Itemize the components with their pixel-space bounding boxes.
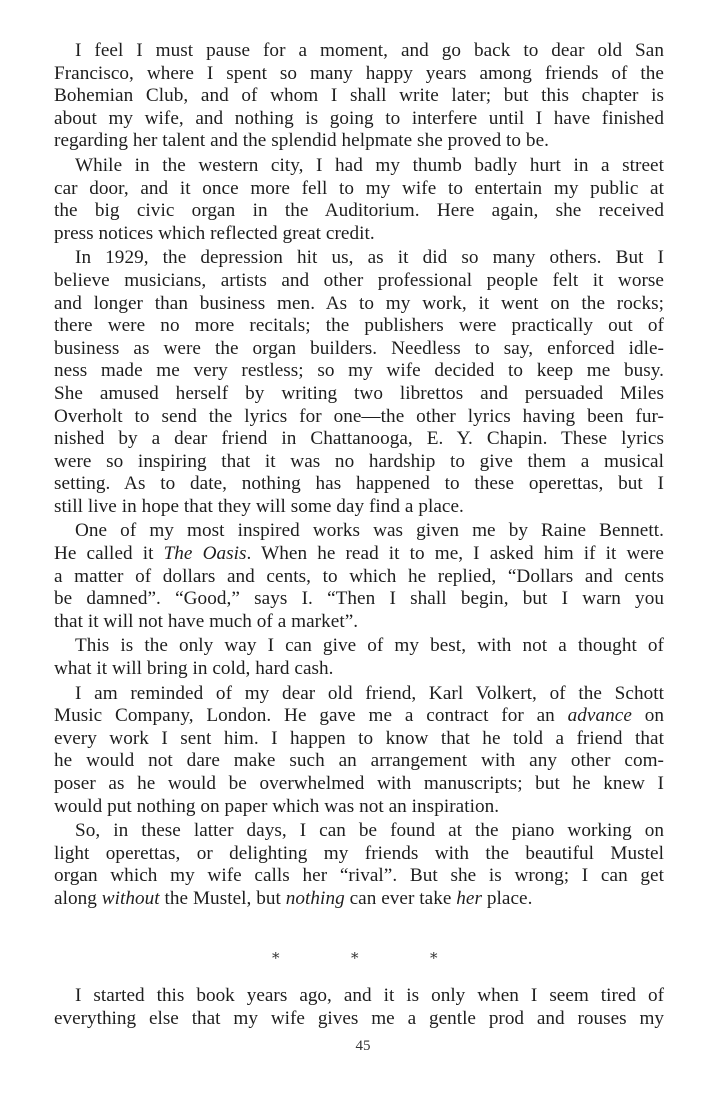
text-run: can ever take	[345, 888, 457, 909]
text-run: Music Company, London. He gave me a cont…	[54, 705, 568, 726]
paragraph-the-oasis: One of my most inspired works was given …	[54, 520, 664, 633]
text-line: regarding her talent and the splendid he…	[54, 130, 664, 153]
paragraph-depression-1929: In 1929, the depression hit us, as it di…	[54, 247, 664, 518]
text-line: nished by a dear friend in Chattanooga, …	[54, 428, 664, 451]
text-line: would put nothing on paper which was not…	[54, 796, 664, 819]
emphasis-her: her	[456, 888, 482, 909]
asterisk-ornament: *	[351, 949, 359, 967]
text-run: along	[54, 888, 102, 909]
text-line: every work I sent him. I happen to know …	[54, 728, 664, 751]
text-line: She amused herself by writing two libret…	[54, 383, 664, 406]
text-line: a matter of dollars and cents, to which …	[54, 566, 664, 589]
text-line: business as were the organ builders. Nee…	[54, 338, 664, 361]
text-line: still live in hope that they will some d…	[54, 496, 664, 519]
text-line: what it will bring in cold, hard cash.	[54, 658, 664, 681]
page-number: 45	[0, 1038, 720, 1055]
text-line: were so inspiring that it was no hardshi…	[54, 451, 664, 474]
text-line: ness made me very restless; so my wife d…	[54, 360, 664, 383]
text-run: . When he read it to me, I asked him if …	[247, 543, 664, 564]
text-line: light operettas, or delighting my friend…	[54, 843, 664, 866]
emphasis-without: without	[102, 888, 160, 909]
text-line: that it will not have much of a market”.	[54, 611, 664, 634]
text-line: setting. As to date, nothing has happene…	[54, 473, 664, 496]
book-page-body: I feel I must pause for a moment, and go…	[54, 40, 664, 913]
paragraph-karl-volkert: I am reminded of my dear old friend, Kar…	[54, 683, 664, 819]
text-line: While in the western city, I had my thum…	[54, 155, 664, 178]
text-line: I feel I must pause for a moment, and go…	[54, 40, 664, 63]
text-line: One of my most inspired works was given …	[54, 520, 664, 543]
section-divider: * * *	[0, 949, 720, 971]
text-run: on	[632, 705, 664, 726]
text-line-with-title: He called it The Oasis. When he read it …	[54, 543, 664, 566]
paragraph-pause-san-francisco: I feel I must pause for a moment, and go…	[54, 40, 664, 153]
text-line: he would not dare make such an arrangeme…	[54, 750, 664, 773]
text-line: I am reminded of my dear old friend, Kar…	[54, 683, 664, 706]
text-line: Bohemian Club, and of whom I shall write…	[54, 85, 664, 108]
paragraph-latter-days: So, in these latter days, I can be found…	[54, 820, 664, 910]
text-line: In 1929, the depression hit us, as it di…	[54, 247, 664, 270]
asterisk-ornament: *	[430, 949, 438, 967]
text-line-with-emphasis: Music Company, London. He gave me a cont…	[54, 705, 664, 728]
text-line: So, in these latter days, I can be found…	[54, 820, 664, 843]
text-line-with-emphasis: along without the Mustel, but nothing ca…	[54, 888, 664, 911]
text-line: be damned”. “Good,” says I. “Then I shal…	[54, 588, 664, 611]
paragraph-thumb-injury: While in the western city, I had my thum…	[54, 155, 664, 245]
text-line: Francisco, where I spent so many happy y…	[54, 63, 664, 86]
closing-section: I started this book years ago, and it is…	[54, 985, 664, 1032]
text-line: press notices which reflected great cred…	[54, 223, 664, 246]
text-line: everything else that my wife gives me a …	[54, 1008, 664, 1031]
text-run: He called it	[54, 543, 164, 564]
text-line: car door, and it once more fell to my wi…	[54, 178, 664, 201]
text-line: poser as he would be overwhelmed with ma…	[54, 773, 664, 796]
paragraph-give-my-best: This is the only way I can give of my be…	[54, 635, 664, 680]
emphasis-nothing: nothing	[286, 888, 345, 909]
paragraph-started-this-book: I started this book years ago, and it is…	[54, 985, 664, 1030]
text-run: place.	[482, 888, 532, 909]
text-run: the Mustel, but	[160, 888, 286, 909]
work-title-the-oasis: The Oasis	[164, 543, 247, 564]
emphasis-advance: advance	[568, 705, 632, 726]
text-line: believe musicians, artists and other pro…	[54, 270, 664, 293]
text-line: Overholt to send the lyrics for one—the …	[54, 406, 664, 429]
text-line: organ which my wife calls her “rival”. B…	[54, 865, 664, 888]
text-line: I started this book years ago, and it is…	[54, 985, 664, 1008]
text-line: about my wife, and nothing is going to i…	[54, 108, 664, 131]
asterisk-ornament: *	[272, 949, 280, 967]
text-line: the big civic organ in the Auditorium. H…	[54, 200, 664, 223]
text-line: This is the only way I can give of my be…	[54, 635, 664, 658]
text-line: and longer than business men. As to my w…	[54, 293, 664, 316]
text-line: there were no more recitals; the publish…	[54, 315, 664, 338]
